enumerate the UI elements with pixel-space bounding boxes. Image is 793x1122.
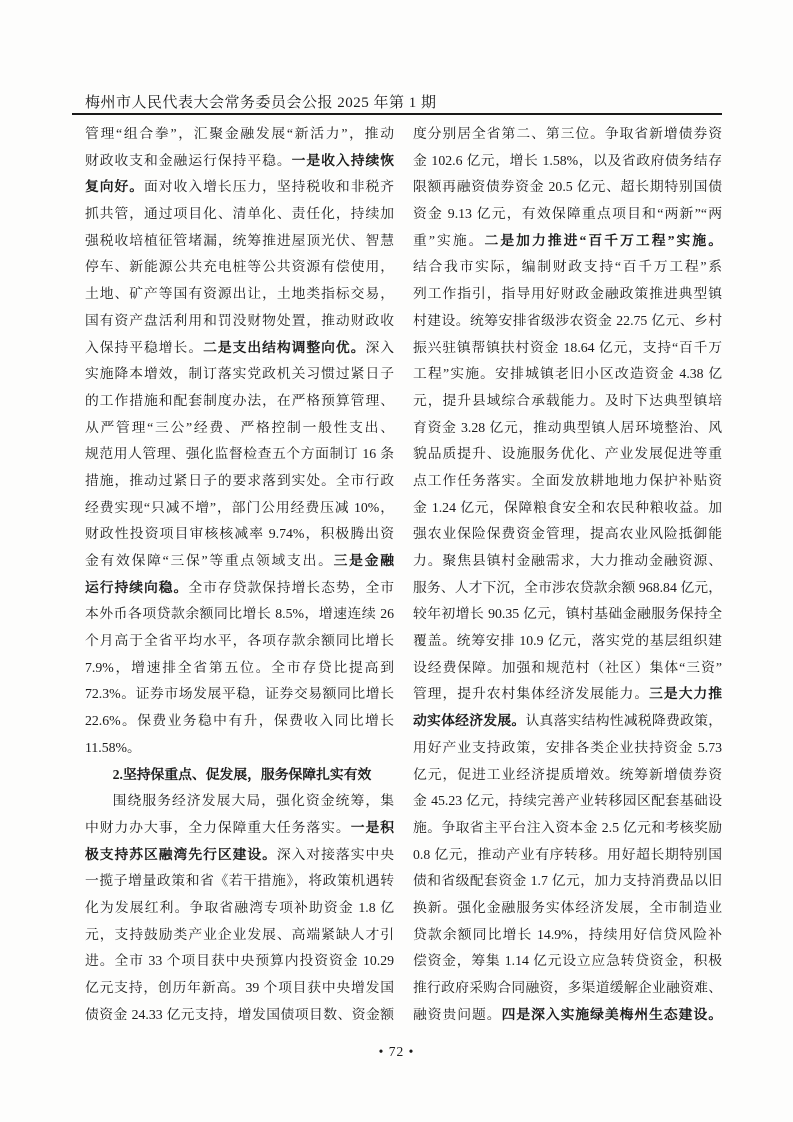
text-line: 结合我市实际，编制财政支持“百千万工程”系 [413,254,722,281]
text-run: 的工作措施和配套制度办法，在严格预算管理、 [85,393,394,408]
text-run: 债和省级配套资金 1.7 亿元，加力支持消费品以旧 [413,873,722,888]
text-line: 11.58%。 [85,735,394,762]
text-run: 亿元，促进工业经济提质增效。统筹新增债券资 [413,767,722,782]
text-line: 金 102.6 亿元，增长 1.58%，以及省政府债务结存 [413,148,722,175]
text-run: 个月高于全省平均水平，各项存款余额同比增长 [85,633,394,648]
text-run: 覆盖。统筹安排 10.9 亿元，落实党的基层组织建 [413,633,722,648]
bold-text-run: 一是积 [351,820,394,835]
text-run: 管理，提升农村集体经济发展能力。 [413,686,649,701]
text-line: 金 1.24 亿元，保障粮食安全和农民种粮收益。加 [413,495,722,522]
text-run: 72.3%。证券市场发展平稳，证券交易额同比增长 [85,686,394,701]
text-line: 元，支持鼓励类产业企业发展、高端紧缺人才引 [85,922,394,949]
text-run: 较年初增长 90.35 亿元，镇村基础金融服务保持全 [413,606,722,621]
text-line: 亿元，促进工业经济提质增效。统筹新增债券资 [413,762,722,789]
text-run: 施。争取省主平台注入资本金 2.5 亿元和考核奖励 [413,820,722,835]
text-run: 规范用人管理、强化监督检查五个方面制订 16 条 [85,446,394,461]
text-line: 强税收培植征管堵漏，统筹推进屋顶光伏、智慧 [85,228,394,255]
text-run: 金 102.6 亿元，增长 1.58%，以及省政府债务结存 [413,153,722,168]
text-line: 工程”实施。安排城镇老旧小区改造资金 4.38 亿 [413,361,722,388]
text-run: 全市存贷款保持增长态势，全市 [188,580,394,595]
text-line: 力。聚焦县镇村金融需求，大力推动金融资源、 [413,548,722,575]
text-line: 财政性投资项目审核核减率 9.74%，积极腾出资 [85,521,394,548]
bold-text-run: 2.坚持保重点、促发展，服务保障扎实有效 [113,767,372,782]
text-run: 抓共管，通过项目化、清单化、责任化，持续加 [85,206,394,221]
text-line: 规范用人管理、强化监督检查五个方面制订 16 条 [85,441,394,468]
text-run: 0.8 亿元，推动产业有序转移。用好超长期特别国 [413,847,722,862]
text-line: 育资金 3.28 亿元，推动典型镇人居环境整治、风 [413,415,722,442]
text-line: 措施，推动过紧日子的要求落到实处。全市行政 [85,468,394,495]
text-run: 列工作指引，指导用好财政金融政策推进典型镇 [413,286,722,301]
text-run: 重”实施。 [413,233,485,248]
page-content: 管理“组合拳”，汇聚金融发展“新活力”，推动财政收支和金融运行保持平稳。一是收入… [85,121,722,1028]
text-line: 从严管理“三公”经费、严格控制一般性支出、 [85,415,394,442]
text-line: 围绕服务经济发展大局，强化资金统筹，集 [85,788,394,815]
text-line: 的工作措施和配套制度办法，在严格预算管理、 [85,388,394,415]
text-line: 覆盖。统筹安排 10.9 亿元，落实党的基层组织建 [413,628,722,655]
bold-text-run: 复向好。 [85,179,144,194]
text-line: 债资金 24.33 亿元支持，增发国债项目数、资金额 [85,1002,394,1029]
text-run: 中财力办大事，全力保障重大任务落实。 [85,820,351,835]
text-run: 土地、矿产等国有资源出让，土地类指标交易， [85,286,394,301]
text-run: 贷款余额同比增长 14.9%，持续用好信贷风险补 [413,927,722,942]
text-line: 度分别居全省第二、第三位。争取省新增债券资 [413,121,722,148]
text-line: 服务、人才下沉，全市涉农贷款余额 968.84 亿元， [413,575,722,602]
text-line: 亿元支持，创历年新高。39 个项目获中央增发国 [85,975,394,1002]
text-run: 从严管理“三公”经费、严格控制一般性支出、 [85,420,394,435]
text-run: 进。全市 33 个项目获中央预算内投资资金 10.29 [85,953,394,968]
text-run: 实施降本增效，制订落实党政机关习惯过紧日子 [85,366,394,381]
text-run: 财政性投资项目审核核减率 9.74%，积极腾出资 [85,526,394,541]
text-run: 育资金 3.28 亿元，推动典型镇人居环境整治、风 [413,420,722,435]
text-run: 服务、人才下沉，全市涉农贷款余额 968.84 亿元， [413,580,722,595]
text-line: 限额再融资债券资金 20.5 亿元、超长期特别国债 [413,174,722,201]
bold-text-run: 二是支出结构调整向优。 [203,340,365,355]
text-run: 金 45.23 亿元，持续完善产业转移园区配套基础设 [413,793,722,808]
text-line: 本外币各项贷款余额同比增长 8.5%，增速连续 26 [85,601,394,628]
text-line: 推行政府采购合同融资，多渠道缓解企业融资难、 [413,975,722,1002]
text-run: 村建设。统筹安排省级涉农资金 22.75 亿元、乡村 [413,313,722,328]
text-run: 金 1.24 亿元，保障粮食安全和农民种粮收益。加 [413,500,722,515]
text-run: 管理“组合拳”，汇聚金融发展“新活力”，推动 [85,126,394,141]
text-line: 设经费保障。加强和规范村（社区）集体“三资” [413,655,722,682]
text-line: 资金 9.13 亿元，有效保障重点项目和“两新”“两 [413,201,722,228]
text-run: 点工作任务落实。全面发放耕地地力保护补贴资 [413,473,722,488]
text-run: 力。聚焦县镇村金融需求，大力推动金融资源、 [413,553,722,568]
bold-text-run: 运行持续向稳。 [85,580,188,595]
bold-text-run: 极支持苏区融湾先行区建设。 [85,847,277,862]
text-run: 认真落实结构性减税降费政策， [525,713,722,728]
text-run: 深入对接落实中央 [277,847,394,862]
text-run: 换新。强化金融服务实体经济发展，全市制造业 [413,900,722,915]
right-column: 度分别居全省第二、第三位。争取省新增债券资金 102.6 亿元，增长 1.58%… [413,121,722,1028]
text-run: 度分别居全省第二、第三位。争取省新增债券资 [413,126,722,141]
text-run: 面对收入增长压力，坚持税收和非税齐 [144,179,394,194]
text-line: 债和省级配套资金 1.7 亿元，加力支持消费品以旧 [413,868,722,895]
text-line: 停车、新能源公共充电桩等公共资源有偿使用， [85,254,394,281]
left-column: 管理“组合拳”，汇聚金融发展“新活力”，推动财政收支和金融运行保持平稳。一是收入… [85,121,394,1028]
text-line: 化为发展红利。争取省融湾专项补助资金 1.8 亿 [85,895,394,922]
text-run: 财政收支和金融运行保持平稳。 [85,153,292,168]
text-run: 金有效保障“三保”等重点领域支出。 [85,553,334,568]
text-line: 振兴驻镇帮镇扶村资金 18.64 亿元，支持“百千万 [413,335,722,362]
text-line: 点工作任务落实。全面发放耕地地力保护补贴资 [413,468,722,495]
text-run: 振兴驻镇帮镇扶村资金 18.64 亿元，支持“百千万 [413,340,722,355]
text-run: 围绕服务经济发展大局，强化资金统筹，集 [113,793,394,808]
text-run: 国有资产盘活利用和罚没财物处置，推动财政收 [85,313,394,328]
text-line: 财政收支和金融运行保持平稳。一是收入持续恢 [85,148,394,175]
text-line: 较年初增长 90.35 亿元，镇村基础金融服务保持全 [413,601,722,628]
text-run: 7.9%，增速排全省第五位。全市存贷比提高到 [85,660,394,675]
page-number: • 72 • [0,1044,793,1060]
page-header: 梅州市人民代表大会常务委员会公报 2025 年第 1 期 [85,91,437,112]
text-run: 强农业保险保费资金管理，提高农业风险抵御能 [413,526,722,541]
text-line: 村建设。统筹安排省级涉农资金 22.75 亿元、乡村 [413,308,722,335]
bold-text-run: 二是加力推进“百千万工程”实施。 [485,233,723,248]
bold-text-run: 三是大力推 [649,686,722,701]
text-line: 入保持平稳增长。二是支出结构调整向优。深入 [85,335,394,362]
text-run: 元，提升县域综合承载能力。及时下达典型镇培 [413,393,722,408]
text-run: 强税收培植征管堵漏，统筹推进屋顶光伏、智慧 [85,233,394,248]
header-rule [72,113,722,115]
text-line: 重”实施。二是加力推进“百千万工程”实施。 [413,228,722,255]
text-line: 经费实现“只减不增”，部门公用经费压减 10%， [85,495,394,522]
text-line: 72.3%。证券市场发展平稳，证券交易额同比增长 [85,681,394,708]
text-line: 运行持续向稳。全市存贷款保持增长态势，全市 [85,575,394,602]
text-run: 结合我市实际，编制财政支持“百千万工程”系 [413,259,722,274]
text-line: 实施降本增效，制订落实党政机关习惯过紧日子 [85,361,394,388]
text-run: 一揽子增量政策和省《若干措施》，将政策机遇转 [85,873,394,888]
text-line: 管理，提升农村集体经济发展能力。三是大力推 [413,681,722,708]
text-line: 个月高于全省平均水平，各项存款余额同比增长 [85,628,394,655]
document-page: 梅州市人民代表大会常务委员会公报 2025 年第 1 期 管理“组合拳”，汇聚金… [0,0,793,1122]
text-line: 强农业保险保费资金管理，提高农业风险抵御能 [413,521,722,548]
text-line: 22.6%。保费业务稳中有升，保费收入同比增长 [85,708,394,735]
text-line: 动实体经济发展。认真落实结构性减税降费政策， [413,708,722,735]
text-line: 金 45.23 亿元，持续完善产业转移园区配套基础设 [413,788,722,815]
text-line: 7.9%，增速排全省第五位。全市存贷比提高到 [85,655,394,682]
text-run: 融资贵问题。 [413,1007,502,1022]
text-line: 偿资金，筹集 1.14 亿元设立应急转贷资金，积极 [413,948,722,975]
bold-text-run: 动实体经济发展。 [413,713,525,728]
text-run: 用好产业支持政策，安排各类企业扶持资金 5.73 [413,740,722,755]
text-line: 2.坚持保重点、促发展，服务保障扎实有效 [85,762,394,789]
text-run: 债资金 24.33 亿元支持，增发国债项目数、资金额 [85,1007,394,1022]
text-run: 设经费保障。加强和规范村（社区）集体“三资” [413,660,722,675]
text-line: 金有效保障“三保”等重点领域支出。三是金融 [85,548,394,575]
text-line: 国有资产盘活利用和罚没财物处置，推动财政收 [85,308,394,335]
text-run: 元，支持鼓励类产业企业发展、高端紧缺人才引 [85,927,394,942]
text-line: 极支持苏区融湾先行区建设。深入对接落实中央 [85,842,394,869]
text-run: 入保持平稳增长。 [85,340,203,355]
text-line: 贷款余额同比增长 14.9%，持续用好信贷风险补 [413,922,722,949]
text-line: 抓共管，通过项目化、清单化、责任化，持续加 [85,201,394,228]
text-line: 貌品质提升、设施服务优化、产业发展促进等重 [413,441,722,468]
text-run: 深入 [365,340,394,355]
bold-text-run: 三是金融 [334,553,394,568]
text-line: 复向好。面对收入增长压力，坚持税收和非税齐 [85,174,394,201]
text-line: 元，提升县域综合承载能力。及时下达典型镇培 [413,388,722,415]
text-run: 经费实现“只减不增”，部门公用经费压减 10%， [85,500,394,515]
text-run: 偿资金，筹集 1.14 亿元设立应急转贷资金，积极 [413,953,722,968]
text-run: 11.58%。 [85,740,141,755]
text-run: 措施，推动过紧日子的要求落到实处。全市行政 [85,473,394,488]
text-run: 亿元支持，创历年新高。39 个项目获中央增发国 [85,980,394,995]
text-line: 0.8 亿元，推动产业有序转移。用好超长期特别国 [413,842,722,869]
bold-text-run: 四是深入实施绿美梅州生态建设。 [502,1007,722,1022]
text-run: 貌品质提升、设施服务优化、产业发展促进等重 [413,446,722,461]
text-line: 土地、矿产等国有资源出让，土地类指标交易， [85,281,394,308]
text-line: 换新。强化金融服务实体经济发展，全市制造业 [413,895,722,922]
text-line: 融资贵问题。四是深入实施绿美梅州生态建设。 [413,1002,722,1029]
text-line: 进。全市 33 个项目获中央预算内投资资金 10.29 [85,948,394,975]
text-run: 化为发展红利。争取省融湾专项补助资金 1.8 亿 [85,900,394,915]
text-line: 管理“组合拳”，汇聚金融发展“新活力”，推动 [85,121,394,148]
bold-text-run: 一是收入持续恢 [292,153,394,168]
text-line: 一揽子增量政策和省《若干措施》，将政策机遇转 [85,868,394,895]
text-line: 列工作指引，指导用好财政金融政策推进典型镇 [413,281,722,308]
text-run: 资金 9.13 亿元，有效保障重点项目和“两新”“两 [413,206,722,221]
text-run: 推行政府采购合同融资，多渠道缓解企业融资难、 [413,980,722,995]
text-line: 中财力办大事，全力保障重大任务落实。一是积 [85,815,394,842]
text-run: 限额再融资债券资金 20.5 亿元、超长期特别国债 [413,179,722,194]
text-line: 施。争取省主平台注入资本金 2.5 亿元和考核奖励 [413,815,722,842]
text-run: 工程”实施。安排城镇老旧小区改造资金 4.38 亿 [413,366,722,381]
text-run: 22.6%。保费业务稳中有升，保费收入同比增长 [85,713,394,728]
text-run: 停车、新能源公共充电桩等公共资源有偿使用， [85,259,394,274]
text-line: 用好产业支持政策，安排各类企业扶持资金 5.73 [413,735,722,762]
text-run: 本外币各项贷款余额同比增长 8.5%，增速连续 26 [85,606,394,621]
